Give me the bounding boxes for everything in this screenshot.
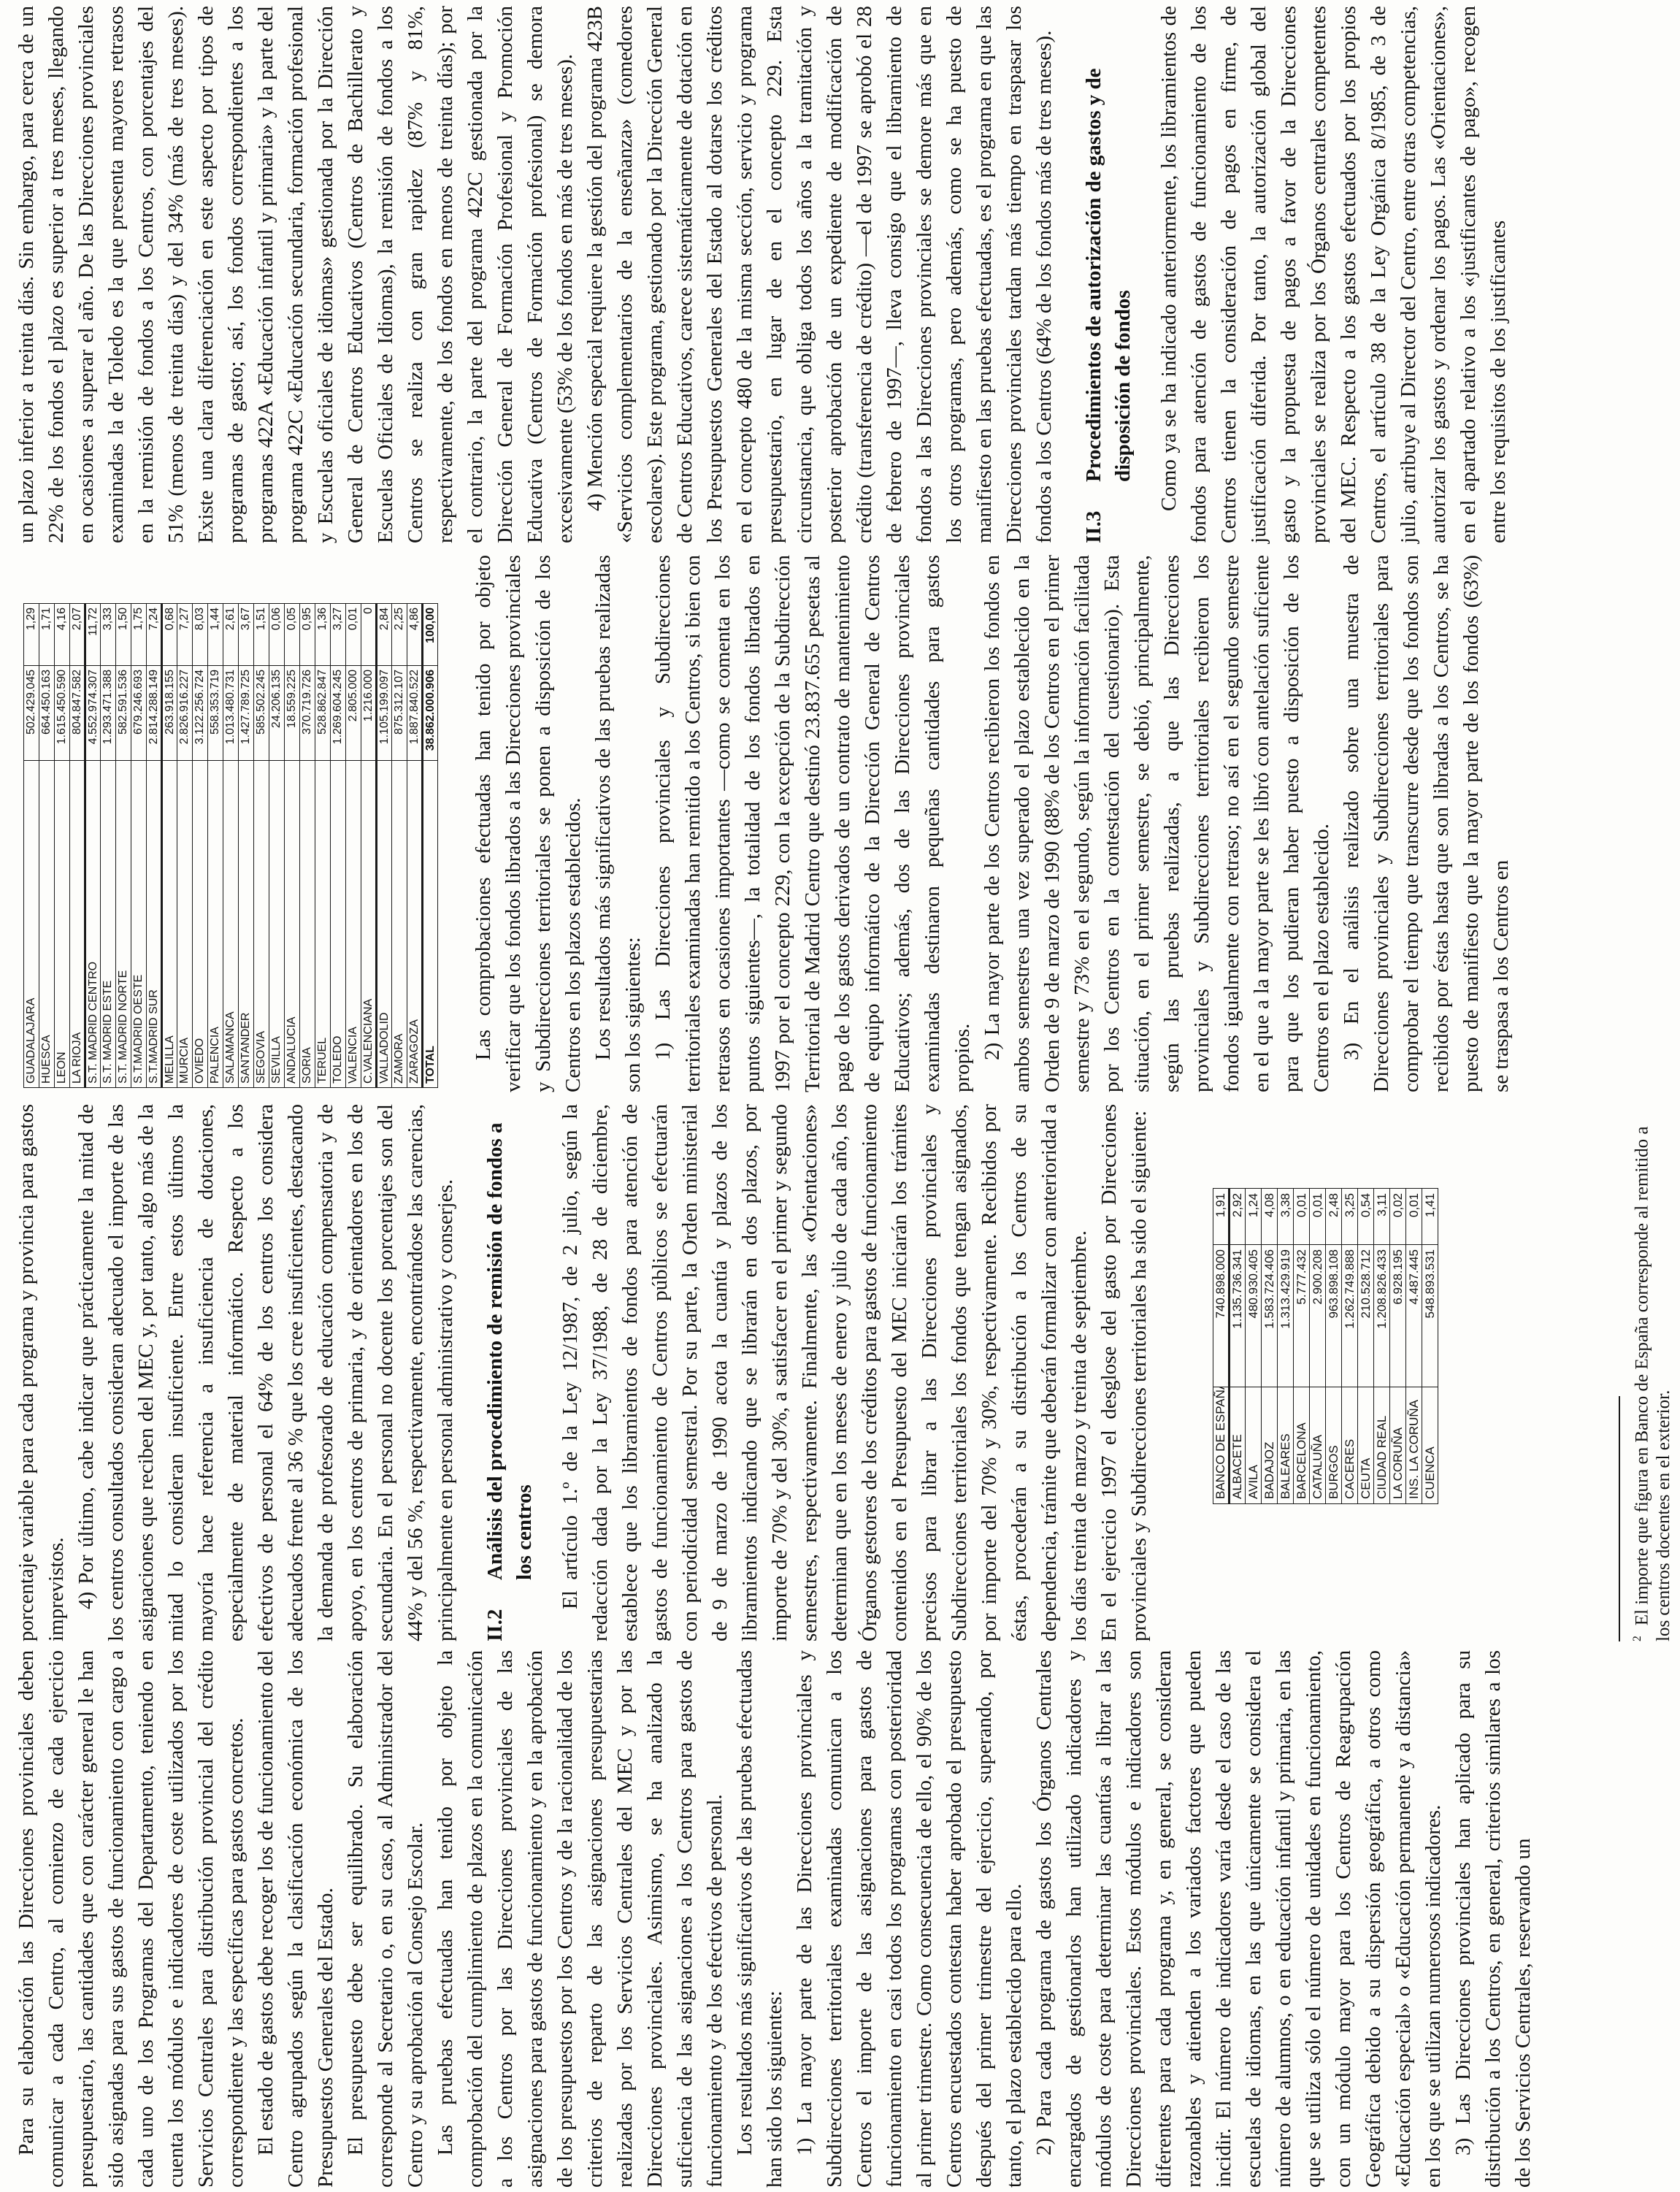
row-label: SEVILLA [269, 761, 285, 1088]
table-row: S.T. MADRID CENTRO4.552.974.30711,72 [85, 604, 101, 1088]
table-row: LA RIOJA804.847.5822,07 [70, 604, 85, 1088]
table-row: BANCO DE ESPAÑA²740.898.0001,91 [1213, 1189, 1230, 1504]
table-row: HUESCA664.450.1631,71 [39, 604, 55, 1088]
row-label: CUENCA [1422, 1387, 1438, 1504]
row-label: AVILA [1246, 1387, 1262, 1504]
percent-cell: 0,68 [162, 604, 177, 666]
table-row: BARCELONA5.777.4320,01 [1294, 1189, 1310, 1504]
row-label: TERUEL [315, 761, 331, 1088]
row-label: MURCIA [177, 761, 193, 1088]
scanned-report-page: Para su elaboración las Direcciones prov… [0, 0, 1680, 2192]
amount-cell: 1.293.471.388 [101, 666, 116, 761]
amount-cell: 502.429.045 [24, 666, 39, 761]
amount-cell: 2.900.208 [1310, 1245, 1326, 1387]
percent-cell: 0,05 [285, 604, 300, 666]
amount-cell: 1.208.826.433 [1374, 1245, 1390, 1387]
row-label: BARCELONA [1294, 1387, 1310, 1504]
amount-cell: 1.313.429.919 [1278, 1245, 1294, 1387]
section-heading: II.2Análisis del procedimiento de remisi… [480, 1104, 539, 1641]
table-row: INS. LA CORUÑA4.487.4450,01 [1406, 1189, 1422, 1504]
percent-cell: 0,95 [300, 604, 315, 666]
table-row: CUENCA548.893.5311,41 [1422, 1189, 1438, 1504]
amount-cell: 804.847.582 [70, 666, 85, 761]
paragraph: Como ya se ha indicado anteriormente, lo… [1154, 6, 1514, 543]
paragraph: Las comprobaciones efectuadas han tenido… [469, 555, 588, 1092]
table-row: S.T.MADRID SUR2.814.288.1497,24 [147, 604, 162, 1088]
percent-cell: 2,25 [392, 604, 407, 666]
percent-cell: 100,00 [423, 604, 438, 666]
row-label: S.T. MADRID ESTE [101, 761, 116, 1088]
percent-cell: 0,02 [1390, 1189, 1406, 1245]
table-row: SANTANDER1.427.789.7253,67 [239, 604, 254, 1088]
funds-by-province-table: GUADALAJARA502.429.0451,29HUESCA664.450.… [23, 603, 438, 1088]
amount-cell: 210.528.712 [1358, 1245, 1374, 1387]
amount-cell: 1.269.604.245 [331, 666, 346, 761]
table-row: CACERES1.262.749.8883,25 [1342, 1189, 1358, 1504]
paragraph: 4) Mención especial requiere la gestión … [580, 6, 1059, 543]
percent-cell: 2,84 [377, 604, 392, 666]
amount-cell: 5.777.432 [1294, 1245, 1310, 1387]
paragraph: Las pruebas efectuadas han tenido por ob… [431, 1650, 730, 2188]
percent-cell: 1,36 [315, 604, 331, 666]
paragraph: 1) Las Direcciones provinciales y Subdir… [648, 555, 978, 1092]
percent-cell: 1,91 [1213, 1189, 1230, 1245]
row-label: LEON [55, 761, 70, 1088]
row-label: TOTAL [423, 761, 438, 1088]
table-row: SORIA370.719.7260,95 [300, 604, 315, 1088]
paragraph: El presupuesto debe ser equilibrado. Su … [341, 1650, 431, 2188]
percent-cell: 1,44 [208, 604, 223, 666]
percent-cell: 4,16 [55, 604, 70, 666]
percent-cell: 0,01 [346, 604, 361, 666]
percent-cell: 1,51 [254, 604, 269, 666]
table-row: VALLADOLID1.105.199.0972,84 [377, 604, 392, 1088]
row-label: GUADALAJARA [24, 761, 39, 1088]
table-row: CATALUÑA2.900.2080,01 [1310, 1189, 1326, 1504]
amount-cell: 1.105.199.097 [377, 666, 392, 761]
amount-cell: 1.216.000 [361, 666, 377, 761]
percent-cell: 3,25 [1342, 1189, 1358, 1245]
paragraph: 3) Las Direcciones provinciales han apli… [1449, 1650, 1538, 2188]
table-row: GUADALAJARA502.429.0451,29 [24, 604, 39, 1088]
row-label: BALEARES [1278, 1387, 1294, 1504]
percent-cell: 3,67 [239, 604, 254, 666]
percent-cell: 7,27 [177, 604, 193, 666]
percent-cell: 3,38 [1278, 1189, 1294, 1245]
table-row: BALEARES1.313.429.9193,38 [1278, 1189, 1294, 1504]
amount-cell: 1.427.789.725 [239, 666, 254, 761]
row-label: SALAMANCA [223, 761, 239, 1088]
paragraph: 4) Por último, cabe indicar que práctica… [72, 1104, 461, 1641]
row-label: ALBACETE [1230, 1387, 1246, 1504]
amount-cell: 1.583.724.406 [1262, 1245, 1278, 1387]
amount-cell: 548.893.531 [1422, 1245, 1438, 1387]
row-label: CIUDAD REAL [1374, 1387, 1390, 1504]
footnote: 2El importe que figura en Banco de Españ… [1619, 1104, 1675, 1641]
row-label: ZAMORA [392, 761, 407, 1088]
table-row: PALENCIA558.353.7191,44 [208, 604, 223, 1088]
row-label: S.T. MADRID CENTRO [85, 761, 101, 1088]
paragraph: Para su elaboración las Direcciones prov… [12, 1650, 251, 2188]
amount-cell: 1.013.480.731 [223, 666, 239, 761]
row-label: C.VALENCIANA [361, 761, 377, 1088]
row-label: SANTANDER [239, 761, 254, 1088]
percent-cell: 1,41 [1422, 1189, 1438, 1245]
amount-cell: 2.805.000 [346, 666, 361, 761]
amount-cell: 664.450.163 [39, 666, 55, 761]
heading-number: II.3 [1079, 482, 1108, 543]
paragraph: Los resultados más significativos de las… [588, 555, 648, 1092]
row-label: TOLEDO [331, 761, 346, 1088]
row-label: PALENCIA [208, 761, 223, 1088]
text-column-1: Para su elaboración las Direcciones prov… [12, 1650, 1675, 2188]
amount-cell: 263.918.155 [162, 666, 177, 761]
table-row: BURGOS963.898.1082,48 [1326, 1189, 1342, 1504]
row-label: ANDALUCIA [285, 761, 300, 1088]
paragraph: 2) La mayor parte de los Centros recibie… [978, 555, 1337, 1092]
percent-cell: 0,06 [269, 604, 285, 666]
heading-text: Procedimientos de autorización de gastos… [1082, 68, 1135, 482]
table-row: CEUTA210.528.7120,54 [1358, 1189, 1374, 1504]
row-label: CACERES [1342, 1387, 1358, 1504]
row-label: BADAJOZ [1262, 1387, 1278, 1504]
table-row: SEVILLA24.206.1350,06 [269, 604, 285, 1088]
table-row: LA CORUÑA6.928.1950,02 [1390, 1189, 1406, 1504]
expense-by-direction-table: BANCO DE ESPAÑA²740.898.0001,91ALBACETE1… [1213, 1188, 1438, 1504]
row-label: S.T. MADRID NORTE [116, 761, 131, 1088]
paragraph: Los resultados más significativos de las… [730, 1650, 790, 2188]
paragraph: 1) La mayor parte de las Direcciones pro… [790, 1650, 1029, 2188]
amount-cell: 2.826.916.227 [177, 666, 193, 761]
amount-cell: 3.122.256.724 [193, 666, 208, 761]
percent-cell: 1,24 [1246, 1189, 1262, 1245]
percent-cell: 2,61 [223, 604, 239, 666]
row-label: VALENCIA [346, 761, 361, 1088]
amount-cell: 24.206.135 [269, 666, 285, 761]
amount-cell: 2.814.288.149 [147, 666, 162, 761]
amount-cell: 740.898.000 [1213, 1245, 1230, 1387]
percent-cell: 0,01 [1294, 1189, 1310, 1245]
table-row: ZAMORA875.312.1072,25 [392, 604, 407, 1088]
table-row: AVILA480.930.4051,24 [1246, 1189, 1262, 1504]
percent-cell: 3,33 [101, 604, 116, 666]
amount-cell: 18.559.225 [285, 666, 300, 761]
percent-cell: 0,54 [1358, 1189, 1374, 1245]
row-label: LA RIOJA [70, 761, 85, 1088]
percent-cell: 2,07 [70, 604, 85, 666]
table-row: TOTAL38.862.000.906100,00 [423, 604, 438, 1088]
paragraph: En el ejercicio 1997 el desglose del gas… [1094, 1104, 1154, 1641]
percent-cell: 1,50 [116, 604, 131, 666]
row-label: SEGOVIA [254, 761, 269, 1088]
row-label: HUESCA [39, 761, 55, 1088]
table-row: S.T.MADRID OESTE679.246.6931,75 [131, 604, 147, 1088]
amount-cell: 4.552.974.307 [85, 666, 101, 761]
row-label: BURGOS [1326, 1387, 1342, 1504]
table-row: OVIEDO3.122.256.7248,03 [193, 604, 208, 1088]
row-label: ZARAGOZA [407, 761, 423, 1088]
section-heading: II.3Procedimientos de autorización de ga… [1079, 6, 1138, 543]
percent-cell: 1,29 [24, 604, 39, 666]
amount-cell: 480.930.405 [1246, 1245, 1262, 1387]
table-row: VALENCIA2.805.0000,01 [346, 604, 361, 1088]
amount-cell: 6.928.195 [1390, 1245, 1406, 1387]
amount-cell: 875.312.107 [392, 666, 407, 761]
amount-cell: 963.898.108 [1326, 1245, 1342, 1387]
amount-cell: 582.591.536 [116, 666, 131, 761]
table-row: TERUEL528.862.8471,36 [315, 604, 331, 1088]
paragraph: un plazo inferior a treinta días. Sin em… [12, 6, 580, 543]
amount-cell: 558.353.719 [208, 666, 223, 761]
percent-cell: 2,48 [1326, 1189, 1342, 1245]
percent-cell: 7,24 [147, 604, 162, 666]
paragraph: El estado de gastos debe recoger los de … [251, 1650, 341, 2188]
table-row: S.T. MADRID NORTE582.591.5361,50 [116, 604, 131, 1088]
percent-cell: 3,11 [1374, 1189, 1390, 1245]
row-label: CATALUÑA [1310, 1387, 1326, 1504]
paragraph: porcentaje variable para cada programa y… [12, 1104, 72, 1641]
table-row: LEON1.615.450.5904,16 [55, 604, 70, 1088]
row-label: VALLADOLID [377, 761, 392, 1088]
table-row: ZARAGOZA1.887.840.5224,86 [407, 604, 423, 1088]
amount-cell: 528.862.847 [315, 666, 331, 761]
heading-text: Análisis del procedimiento de remisión d… [483, 1122, 536, 1580]
table-row: ALBACETE1.135.736.3412,92 [1230, 1189, 1246, 1504]
row-label: LA CORUÑA [1390, 1387, 1406, 1504]
amount-cell: 1.135.736.341 [1230, 1245, 1246, 1387]
footnote-text: 2El importe que figura en Banco de Españ… [1627, 1104, 1675, 1641]
row-label: INS. LA CORUÑA [1406, 1387, 1422, 1504]
amount-cell: 1.887.840.522 [407, 666, 423, 761]
amount-cell: 585.502.245 [254, 666, 269, 761]
footnote-marker: 2 [1631, 1636, 1643, 1641]
row-label: MELILLA [162, 761, 177, 1088]
percent-cell: 0,01 [1406, 1189, 1422, 1245]
table-row: SALAMANCA1.013.480.7312,61 [223, 604, 239, 1088]
percent-cell: 4,86 [407, 604, 423, 666]
text-column-3: GUADALAJARA502.429.0451,29HUESCA664.450.… [12, 555, 1675, 1092]
row-label: OVIEDO [193, 761, 208, 1088]
table-row: MURCIA2.826.916.2277,27 [177, 604, 193, 1088]
table-row: MELILLA263.918.1550,68 [162, 604, 177, 1088]
table-row: ANDALUCIA18.559.2250,05 [285, 604, 300, 1088]
paragraph: 2) Para cada programa de gastos los Órga… [1029, 1650, 1449, 2188]
row-label: S.T.MADRID OESTE [131, 761, 147, 1088]
footnote-rule [1619, 1396, 1620, 1641]
percent-cell: 3,27 [331, 604, 346, 666]
amount-cell: 4.487.445 [1406, 1245, 1422, 1387]
paragraph: 3) En el análisis realizado sobre una mu… [1337, 555, 1516, 1092]
table-row: BADAJOZ1.583.724.4064,08 [1262, 1189, 1278, 1504]
percent-cell: 11,72 [85, 604, 101, 666]
percent-cell: 0 [361, 604, 377, 666]
table-row: CIUDAD REAL1.208.826.4333,11 [1374, 1189, 1390, 1504]
percent-cell: 4,08 [1262, 1189, 1278, 1245]
amount-cell: 370.719.726 [300, 666, 315, 761]
percent-cell: 8,03 [193, 604, 208, 666]
text-column-2: porcentaje variable para cada programa y… [12, 1104, 1675, 1641]
row-label: CEUTA [1358, 1387, 1374, 1504]
table-row: C.VALENCIANA1.216.0000 [361, 604, 377, 1088]
table-row: TOLEDO1.269.604.2453,27 [331, 604, 346, 1088]
amount-cell: 38.862.000.906 [423, 666, 438, 761]
percent-cell: 2,92 [1230, 1189, 1246, 1245]
percent-cell: 0,01 [1310, 1189, 1326, 1245]
table-row: SEGOVIA585.502.2451,51 [254, 604, 269, 1088]
row-label: S.T.MADRID SUR [147, 761, 162, 1088]
text-column-4: un plazo inferior a treinta días. Sin em… [12, 6, 1675, 543]
percent-cell: 1,75 [131, 604, 147, 666]
amount-cell: 679.246.693 [131, 666, 147, 761]
row-label: SORIA [300, 761, 315, 1088]
percent-cell: 1,71 [39, 604, 55, 666]
paragraph: El artículo 1.º de la Ley 12/1987, de 2 … [556, 1104, 1094, 1641]
heading-number: II.2 [480, 1580, 510, 1641]
table-row: S.T. MADRID ESTE1.293.471.3883,33 [101, 604, 116, 1088]
amount-cell: 1.615.450.590 [55, 666, 70, 761]
row-label: BANCO DE ESPAÑA² [1213, 1387, 1230, 1504]
amount-cell: 1.262.749.888 [1342, 1245, 1358, 1387]
